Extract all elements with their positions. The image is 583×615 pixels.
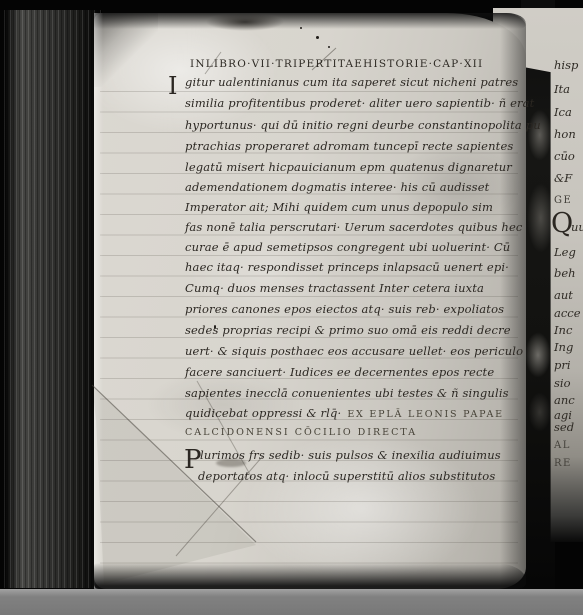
ink-speck [214,325,216,329]
scan-tray-strip [0,589,583,615]
codex-photograph: INLIBRO·VII·TRIPERTITAEHISTORIE·CAP·XIII… [0,0,583,615]
book-fore-edge [4,10,102,588]
ink-speck [316,36,319,39]
manuscript-page [94,13,526,589]
vellum-texture [94,13,526,589]
gutter-shadow [521,0,555,589]
ruling-lines [100,91,518,569]
page-bottom-shadow [94,563,526,589]
page-corner-shadow [94,13,158,87]
top-edge-smudge [206,13,284,31]
page-edge-highlight [94,13,103,589]
page-top-shadow [94,13,526,29]
ink-speck [300,27,302,29]
ink-speck [328,46,330,48]
gutter-side-shade [500,13,526,589]
margin-smudge [216,459,246,467]
